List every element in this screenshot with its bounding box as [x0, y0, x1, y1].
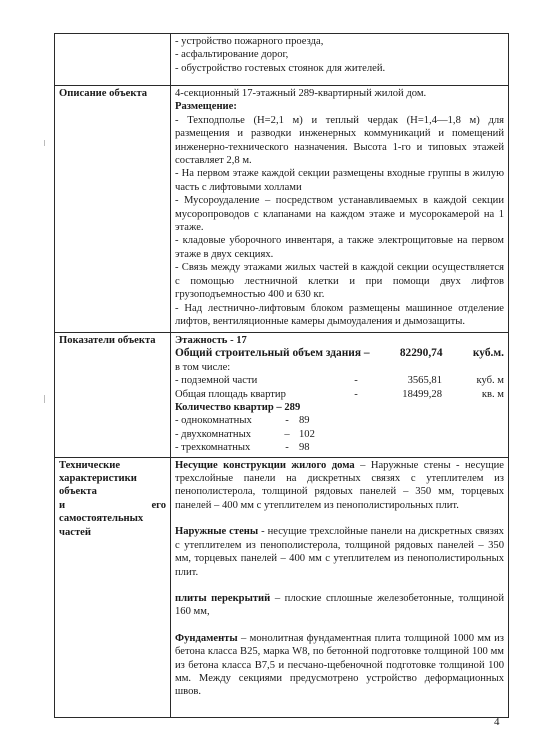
technical-characteristics: Несущие конструкции жилого дома – Наружн… [171, 457, 509, 717]
row-label-technical: Технические характеристики объекта и его… [55, 457, 171, 717]
indicator-name: - подземной части [175, 374, 340, 387]
apartment-dash: - [275, 414, 299, 427]
apartment-type: - однокомнатных [175, 414, 275, 427]
indicator-value: 3565,81 [372, 374, 442, 387]
volume-value: 82290,74 [400, 347, 443, 360]
table-row: Описание объекта 4-секционный 17-этажный… [55, 86, 509, 333]
table-row: Показатели объекта Этажность - 17 Общий … [55, 333, 509, 458]
volume-label: Общий строительный объем здания – [175, 347, 370, 360]
row-label-empty [55, 34, 171, 86]
apartment-type: - двухкомнатных [175, 428, 275, 441]
label-line: и его [59, 499, 166, 512]
apartment-dash: - [275, 441, 299, 454]
label-line: объекта [59, 485, 166, 498]
label-line: характеристики [59, 472, 166, 485]
table-row: Технические характеристики объекта и его… [55, 457, 509, 717]
volume-unit: куб.м. [473, 347, 504, 360]
label-word: его [151, 499, 166, 512]
section-title: Наружные стены [175, 526, 258, 537]
list-item: - асфальтирование дорог, [175, 48, 504, 61]
section-title: Несущие конструкции жилого дома [175, 460, 355, 471]
indicator-unit: кв. м [442, 388, 504, 401]
list-item: - устройство пожарного проезда, [175, 35, 504, 48]
including-label: в том числе: [175, 361, 504, 374]
object-indicators: Этажность - 17 Общий строительный объем … [171, 333, 509, 458]
section-title: плиты перекрытий [175, 593, 270, 604]
apartment-count: 89 [299, 414, 339, 427]
apartment-type: - трехкомнатных [175, 441, 275, 454]
indicator-dash: - [340, 388, 372, 401]
indicator-row: - подземной части - 3565,81 куб. м [175, 374, 504, 387]
apartments-label: Количество квартир – [175, 402, 282, 413]
works-list: - устройство пожарного проезда, - асфаль… [171, 34, 509, 86]
table-row: - устройство пожарного проезда, - асфаль… [55, 34, 509, 86]
indicator-row: Общая площадь квартир - 18499,28 кв. м [175, 388, 504, 401]
description-paragraph: - Связь между этажами жилых частей в каж… [175, 261, 504, 301]
indicator-dash: - [340, 374, 372, 387]
tech-section-external-walls: Наружные стены - несущие трехслойные пан… [175, 525, 504, 579]
page-number: 4 [494, 716, 500, 728]
document-page: - устройство пожарного проезда, - асфаль… [0, 0, 542, 749]
apartment-type-row: - трехкомнатных - 98 [175, 441, 504, 454]
floors-line: Этажность - 17 [175, 334, 504, 347]
floors-value: - 17 [230, 335, 247, 346]
list-item: - обустройство гостевых стоянок для жите… [175, 62, 504, 75]
building-volume-line: Общий строительный объем здания – 82290,… [175, 347, 504, 360]
label-line: самостоятельных [59, 512, 166, 525]
apartments-total: 289 [284, 402, 300, 413]
description-intro: 4-секционный 17-этажный 289-квартирный ж… [175, 87, 504, 100]
section-title: Фундаменты [175, 633, 238, 644]
apartment-type-row: - однокомнатных - 89 [175, 414, 504, 427]
apartment-count: 98 [299, 441, 339, 454]
label-line: частей [59, 526, 166, 539]
tech-section-foundations: Фундаменты – монолитная фундаментная пли… [175, 632, 504, 699]
description-paragraph: - На первом этаже каждой секции размещен… [175, 167, 504, 194]
apartment-dash: – [275, 428, 299, 441]
row-label-indicators: Показатели объекта [55, 333, 171, 458]
description-paragraph: - кладовые уборочного инвентаря, а также… [175, 234, 504, 261]
scan-artifact [44, 140, 45, 146]
description-paragraph: - Над лестнично-лифтовым блоком размещен… [175, 302, 504, 329]
description-paragraph: - Техподполье (Н=2,1 м) и теплый чердак … [175, 114, 504, 168]
row-label-description: Описание объекта [55, 86, 171, 333]
object-description: 4-секционный 17-этажный 289-квартирный ж… [171, 86, 509, 333]
apartments-count-line: Количество квартир – 289 [175, 401, 504, 414]
indicator-unit: куб. м [442, 374, 504, 387]
scan-artifact [44, 395, 45, 403]
label-line: Технические [59, 459, 166, 472]
apartment-type-row: - двухкомнатных – 102 [175, 428, 504, 441]
apartment-count: 102 [299, 428, 339, 441]
object-spec-table: - устройство пожарного проезда, - асфаль… [54, 33, 509, 718]
label-word: и [59, 499, 65, 512]
indicator-name: Общая площадь квартир [175, 388, 340, 401]
description-paragraph: - Мусороудаление – посредством устанавли… [175, 194, 504, 234]
placement-heading: Размещение: [175, 100, 504, 113]
tech-section-floor-slabs: плиты перекрытий – плоские сплошные желе… [175, 592, 504, 619]
floors-label: Этажность [175, 335, 227, 346]
indicator-value: 18499,28 [372, 388, 442, 401]
tech-section-load-bearing: Несущие конструкции жилого дома – Наружн… [175, 459, 504, 513]
